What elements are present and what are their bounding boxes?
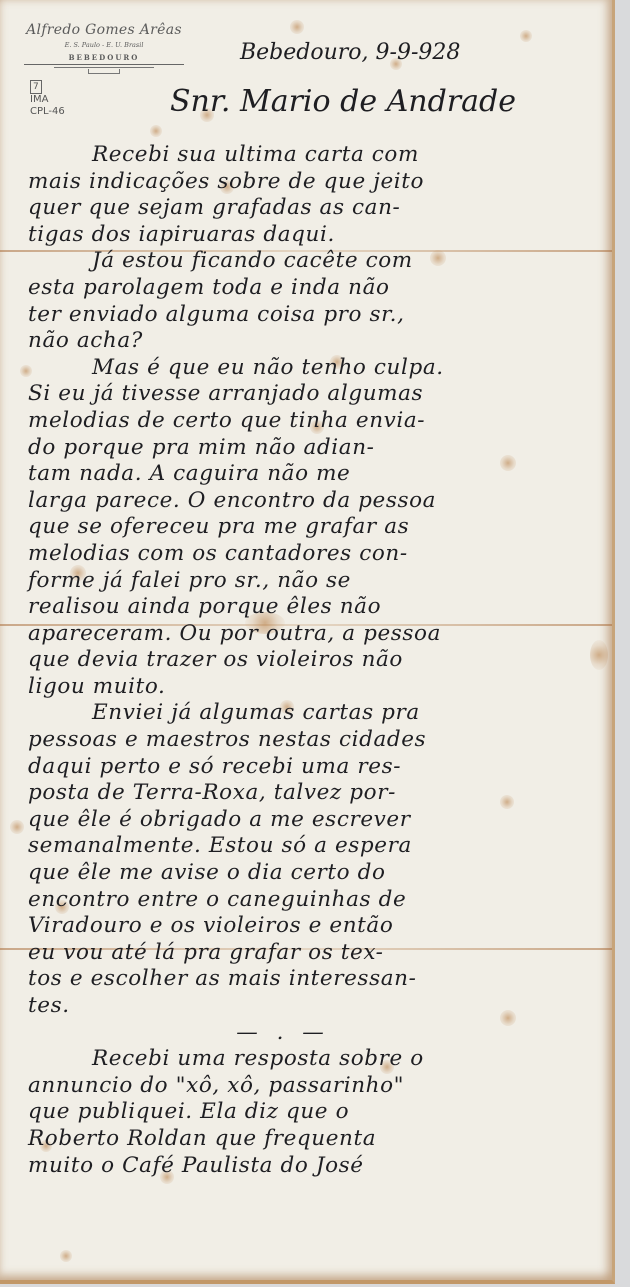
letter-line: encontro entre o caneguinhas de [28,887,598,914]
letter-sheet: Alfredo Gomes Arêas E. S. Paulo - E. U. … [0,0,615,1284]
foxing-spot [150,125,162,137]
letter-line: eu vou até lá pra grafar os tex- [28,940,598,967]
letter-line: ter enviado alguma coisa pro sr., [28,302,598,329]
letter-line: Mas é que eu não tenho culpa. [28,355,598,382]
letter-line: tes. [28,993,598,1020]
letter-body: Recebi sua ultima carta commais indicaçõ… [28,142,598,1179]
letterhead-subtitle: E. S. Paulo - E. U. Brasil [24,41,184,49]
foxing-spot [290,20,304,34]
foxing-spot [10,820,24,834]
letter-line: larga parece. O encontro da pessoa [28,488,598,515]
letter-line: posta de Terra-Roxa, talvez por- [28,780,598,807]
letter-line: que êle é obrigado a me escrever [28,807,598,834]
letter-line: muito o Café Paulista do José [28,1153,598,1180]
letter-line: daqui perto e só recebi uma res- [28,754,598,781]
place-date: Bebedouro, 9-9-928 [240,40,460,65]
letterhead-ornament-icon [88,69,120,74]
letter-line: Enviei já algumas cartas pra [28,700,598,727]
letter-line: melodias com os cantadores con- [28,541,598,568]
letter-line: tos e escolher as mais interessan- [28,966,598,993]
letterhead-rule [24,64,184,65]
letter-line: Si eu já tivesse arranjado algumas [28,381,598,408]
letter-line: Já estou ficando cacête com [28,248,598,275]
archive-box-number: 7 [30,80,42,94]
letterhead-rule [54,67,154,68]
letter-line: realisou ainda porque êles não [28,594,598,621]
section-separator: — . — [28,1020,598,1047]
foxing-spot [520,30,532,42]
letter-line: forme já falei pro sr., não se [28,568,598,595]
letterhead-city: BEBEDOURO [24,53,184,62]
archive-stamp: 7 IMA CPL-46 [30,80,65,118]
letter-line: que devia trazer os violeiros não [28,647,598,674]
letter-line: ligou muito. [28,674,598,701]
salutation: Snr. Mario de Andrade [170,84,516,119]
letter-line: do porque pra mim não adian- [28,435,598,462]
archive-code-1: IMA [30,94,65,106]
letter-line: que se ofereceu pra me grafar as [28,514,598,541]
letter-line: Recebi uma resposta sobre o [28,1046,598,1073]
letter-line: que êle me avise o dia certo do [28,860,598,887]
letter-line: apareceram. Ou por outra, a pessoa [28,621,598,648]
letter-line: Recebi sua ultima carta com [28,142,598,169]
letter-line: melodias de certo que tinha envia- [28,408,598,435]
letter-line: não acha? [28,328,598,355]
letter-line: tam nada. A caguira não me [28,461,598,488]
letterhead: Alfredo Gomes Arêas E. S. Paulo - E. U. … [24,22,184,74]
letter-line: quer que sejam grafadas as can- [28,195,598,222]
letter-line: pessoas e maestros nestas cidades [28,727,598,754]
foxing-spot [60,1250,72,1262]
letter-line: esta parolagem toda e inda não [28,275,598,302]
letter-line: annuncio do "xô, xô, passarinho" [28,1073,598,1100]
letter-line: tigas dos iapiruaras daqui. [28,222,598,249]
letter-line: semanalmente. Estou só a espera [28,833,598,860]
letter-line: Roberto Roldan que frequenta [28,1126,598,1153]
letter-line: mais indicações sobre de que jeito [28,169,598,196]
archive-code-2: CPL-46 [30,106,65,118]
letterhead-name: Alfredo Gomes Arêas [24,22,184,38]
letter-line: que publiquei. Ela diz que o [28,1099,598,1126]
letter-line: Viradouro e os violeiros e então [28,913,598,940]
